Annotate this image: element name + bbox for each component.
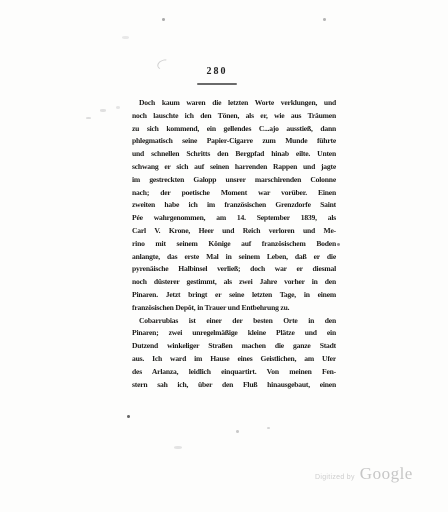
scan-speck [236,430,239,433]
text-line: Pinaren; zwei unregelmäßige kleine Plätz… [132,327,336,340]
text-line: Pée wahrgenommen, am 14. September 1839,… [132,212,336,225]
text-line: Pinaren. Jetzt bringt er seine letzten T… [132,289,336,302]
scan-smudge [122,36,129,39]
text-line: nach; der poetische Moment war vorüber. … [132,187,336,200]
text-line: Doch kaum waren die letzten Worte verklu… [132,97,336,110]
text-line: rino mit seinem Könige auf französischem… [132,238,336,251]
scan-speck [267,427,270,429]
scan-speck [337,243,340,246]
text-line: stern sah ich, über den Fluß hinausgebau… [132,379,336,392]
text-line: aus. Ich ward im Hause eines Geistlichen… [132,353,336,366]
text-line: phlegmatisch seine Papier-Cigarre zum Mu… [132,135,336,148]
text-line: schwang er sich auf seinen harrenden Rap… [132,161,336,174]
text-line: im gestreckten Galopp unsrer marschirend… [132,174,336,187]
text-line: pyrenäische Halbinsel verließ; doch war … [132,263,336,276]
text-line: noch lauschte ich den Tönen, als er, wie… [132,110,336,123]
text-line: Cobarrubias ist einer der besten Orte in… [132,315,336,328]
text-line: zweiten habe ich im französischen Grenzd… [132,199,336,212]
text-line: des Arlanza, leidlich einquartirt. Von m… [132,366,336,379]
watermark-prefix: Digitized by [315,474,355,481]
google-logo: Google [360,464,413,484]
text-line: zu sich kommend, ein gellendes C...ajo a… [132,123,336,136]
scan-speck [323,18,326,21]
scan-smudge [86,117,91,119]
page-number: 280 [195,66,239,77]
scan-speck [162,18,165,21]
text-line: Carl V. Krone, Heer und Reich verloren u… [132,225,336,238]
text-line: noch düsterer gestimmt, als zwei Jahre v… [132,276,336,289]
text-line: anlangte, das erste Mal in seinem Leben,… [132,251,336,264]
watermark: Digitized by Google [315,464,413,484]
text-line: französischen Depôt, in Trauer und Entbe… [132,302,336,315]
text-line: Dutzend winkeliger Straßen machen die ga… [132,340,336,353]
body-text: Doch kaum waren die letzten Worte verklu… [132,97,336,391]
scan-smudge [116,106,120,109]
page-number-rule [197,83,237,85]
scan-smudge [156,58,170,71]
scanned-book-page: 280 Doch kaum waren die letzten Worte ve… [0,0,448,512]
text-line: und schnellen Schritts den Bergpfad hina… [132,148,336,161]
scan-smudge [100,109,106,112]
scan-speck [127,415,130,418]
scan-smudge [174,446,182,449]
